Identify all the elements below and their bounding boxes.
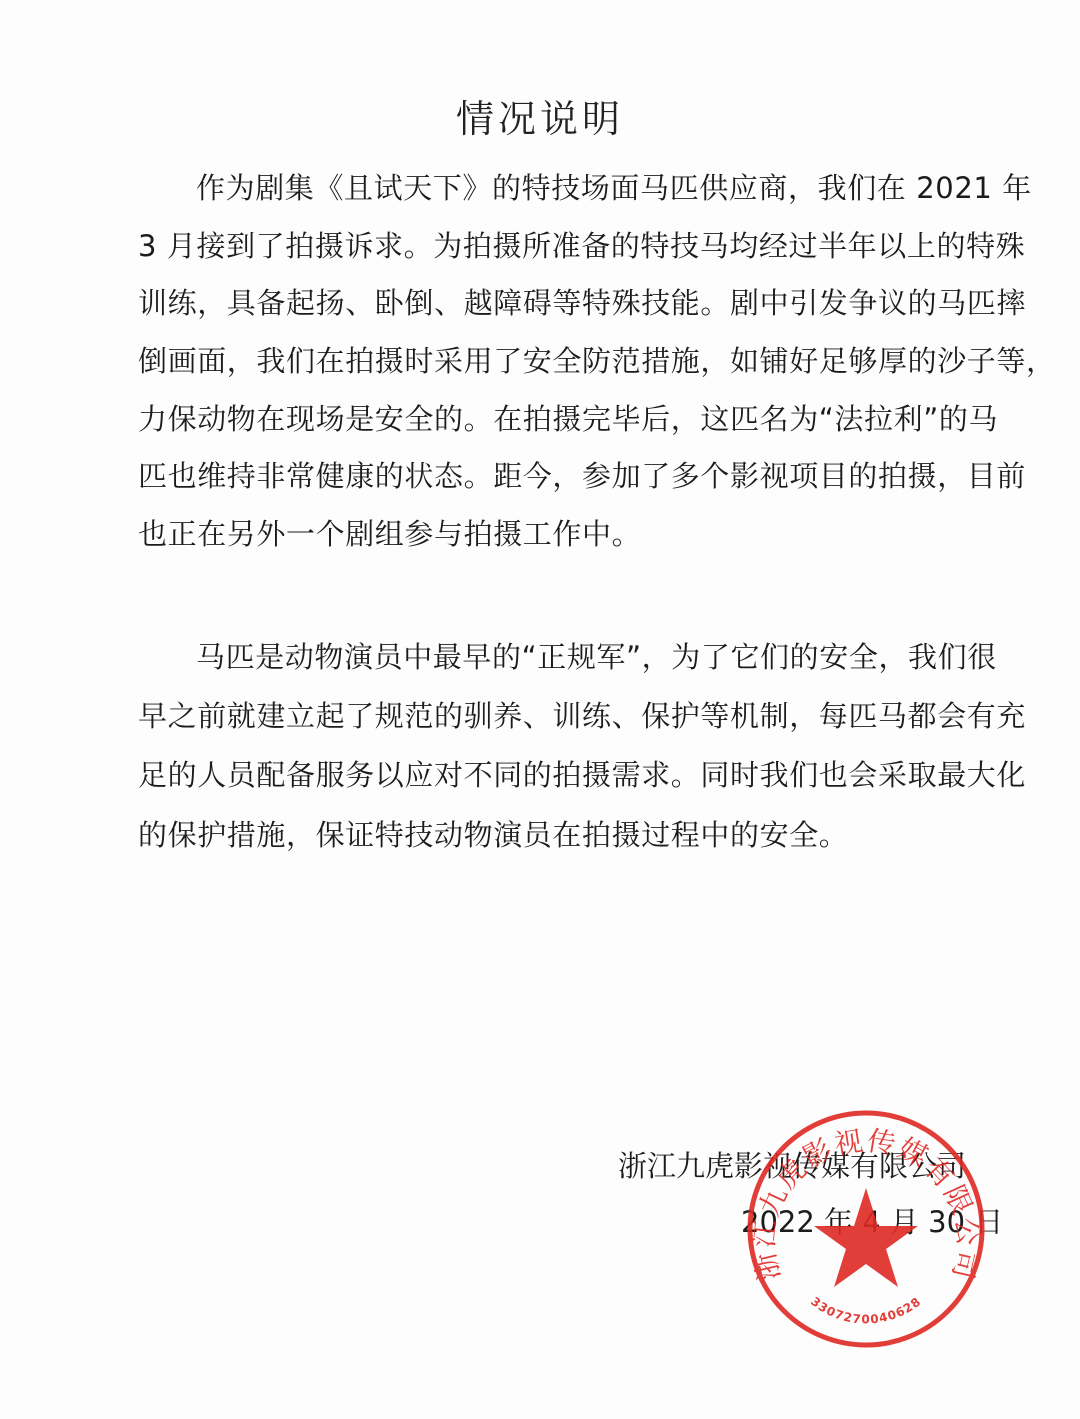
text-line: 也正在另外一个剧组参与拍摄工作中。	[138, 517, 641, 551]
company-seal-icon: 浙江九虎影视传媒有限公司 3307270040628	[745, 1108, 987, 1350]
text-line: 匹也维持非常健康的状态。距今，参加了多个影视项目的拍摄，目前	[138, 459, 1026, 493]
text-line: 早之前就建立起了规范的驯养、训练、保护等机制，每匹马都会有充	[138, 699, 1026, 733]
text-line: 倒画面，我们在拍摄时采用了安全防范措施，如铺好足够厚的沙子等，	[138, 344, 1056, 378]
text-line: 3 月接到了拍摄诉求。为拍摄所准备的特技马均经过半年以上的特殊	[138, 229, 1025, 263]
text-line: 足的人员配备服务以应对不同的拍摄需求。同时我们也会采取最大化	[138, 758, 1026, 792]
text-line: 力保动物在现场是安全的。在拍摄完毕后，这匹名为“法拉利”的马	[138, 402, 998, 436]
text-line: 训练，具备起扬、卧倒、越障碍等特殊技能。剧中引发争议的马匹摔	[138, 286, 1026, 320]
svg-text:3307270040628: 3307270040628	[808, 1294, 924, 1326]
text-line: 的保护措施，保证特技动物演员在拍摄过程中的安全。	[138, 818, 848, 852]
document-title: 情况说明	[0, 88, 1080, 143]
text-line: 作为剧集《且试天下》的特技场面马匹供应商，我们在 2021 年	[196, 171, 1032, 205]
text-line: 马匹是动物演员中最早的“正规军”，为了它们的安全，我们很	[196, 640, 997, 674]
